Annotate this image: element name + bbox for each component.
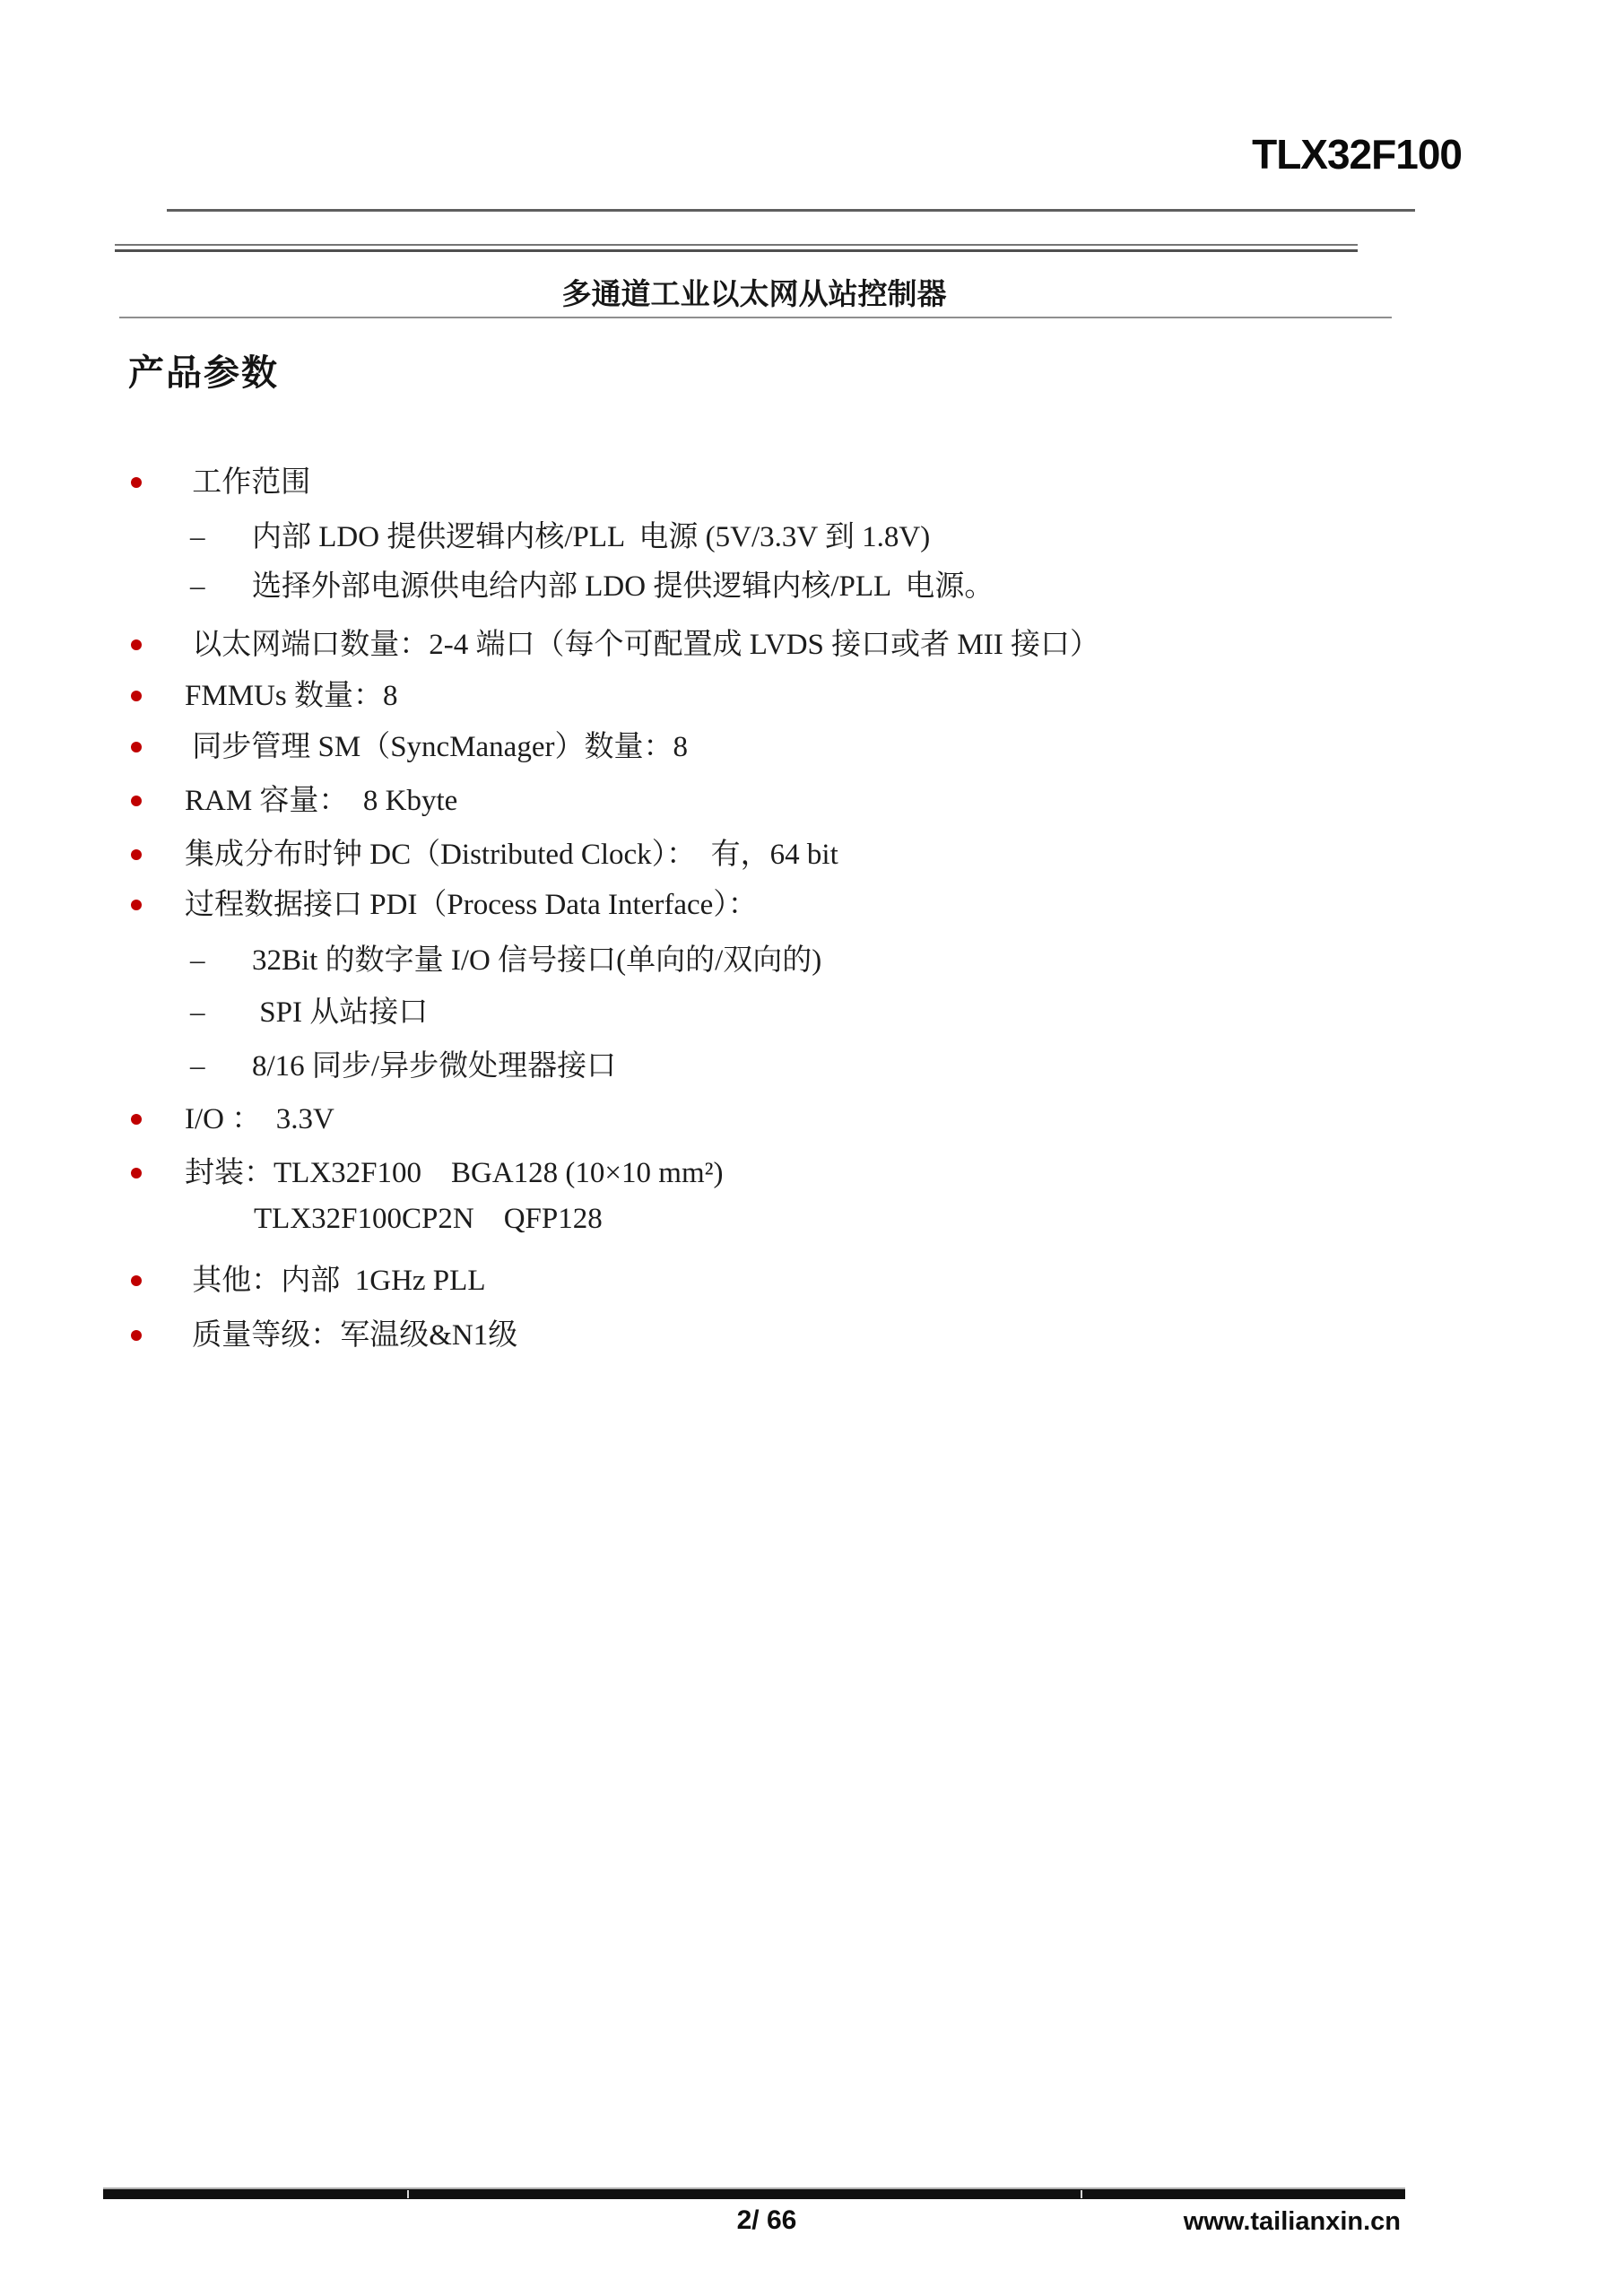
list-item: I/O ： 3.3V <box>0 1099 1624 1140</box>
list-subitem: –内部 LDO 提供逻辑内核/PLL 电源 (5V/3.3V 到 1.8V) <box>0 517 1624 558</box>
list-item-text: RAM 容量： 8 Kbyte <box>185 780 457 822</box>
bullet-icon <box>131 796 142 806</box>
list-subitem: –选择外部电源供电给内部 LDO 提供逻辑内核/PLL 电源。 <box>0 566 1624 607</box>
dash-icon: – <box>190 940 205 981</box>
list-item-text: 质量等级：军温级&N1级 <box>185 1315 517 1356</box>
list-subitem: – SPI 从站接口 <box>0 992 1624 1033</box>
list-item: RAM 容量： 8 Kbyte <box>0 780 1624 822</box>
list-item: 集成分布时钟 DC（Distributed Clock）： 有，64 bit <box>0 834 1624 875</box>
list-item-text: 以太网端口数量：2-4 端口（每个可配置成 LVDS 接口或者 MII 接口） <box>185 624 1099 665</box>
bullet-icon <box>131 691 142 701</box>
dash-icon: – <box>190 566 205 607</box>
bullet-icon <box>131 900 142 910</box>
list-subitem: –8/16 同步/异步微处理器接口 <box>0 1046 1624 1087</box>
page-header-product: TLX32F100 <box>1252 133 1462 176</box>
list-subitem: –32Bit 的数字量 I/O 信号接口(单向的/双向的) <box>0 940 1624 981</box>
list-item-text: 选择外部电源供电给内部 LDO 提供逻辑内核/PLL 电源。 <box>252 566 994 607</box>
document-page: TLX32F100 多通道工业以太网从站控制器 产品参数 工作范围 –内部 LD… <box>0 0 1624 2296</box>
list-item-text: 过程数据接口 PDI（Process Data Interface）： <box>185 884 758 926</box>
website-url: www.tailianxin.cn <box>1184 2205 1401 2239</box>
list-item: FMMUs 数量：8 <box>0 675 1624 717</box>
list-item-continuation: TLX32F100CP2N QFP128 <box>0 1198 1624 1239</box>
section-heading: 产品参数 <box>128 352 279 395</box>
list-item: 过程数据接口 PDI（Process Data Interface）： <box>0 884 1624 926</box>
bar-notch <box>407 2190 409 2198</box>
list-item-text: 内部 LDO 提供逻辑内核/PLL 电源 (5V/3.3V 到 1.8V) <box>252 517 930 558</box>
bullet-icon <box>131 742 142 752</box>
title-underline <box>119 317 1392 318</box>
list-item: 以太网端口数量：2-4 端口（每个可配置成 LVDS 接口或者 MII 接口） <box>0 624 1624 665</box>
bullet-icon <box>131 1114 142 1125</box>
header-rule <box>167 209 1415 212</box>
list-item-text: 封装：TLX32F100 BGA128 (10×10 mm²) <box>185 1152 724 1194</box>
list-item-text: 32Bit 的数字量 I/O 信号接口(单向的/双向的) <box>252 940 821 981</box>
list-item-text: 8/16 同步/异步微处理器接口 <box>252 1046 616 1087</box>
list-item-text: I/O ： 3.3V <box>185 1099 334 1140</box>
list-item: 其他：内部 1GHz PLL <box>0 1260 1624 1301</box>
bullet-icon <box>131 849 142 860</box>
list-item: 工作范围 <box>0 462 1624 503</box>
bullet-icon <box>131 639 142 650</box>
list-item: 封装：TLX32F100 BGA128 (10×10 mm²) <box>0 1152 1624 1194</box>
bullet-icon <box>131 1168 142 1178</box>
list-item: 同步管理 SM（SyncManager）数量：8 <box>0 726 1624 768</box>
list-item-text: SPI 从站接口 <box>252 992 428 1033</box>
bullet-icon <box>131 1275 142 1286</box>
list-item-text: 其他：内部 1GHz PLL <box>185 1260 485 1301</box>
bullet-icon <box>131 477 142 488</box>
dash-icon: – <box>190 992 205 1033</box>
list-item-text: TLX32F100CP2N QFP128 <box>254 1198 603 1239</box>
dash-icon: – <box>190 517 205 558</box>
list-item-text: 工作范围 <box>185 462 310 503</box>
list-item: 质量等级：军温级&N1级 <box>0 1315 1624 1356</box>
footer-bar <box>103 2187 1405 2199</box>
dash-icon: – <box>190 1046 205 1087</box>
doc-title: 多通道工业以太网从站控制器 <box>117 276 1392 312</box>
list-item-text: 集成分布时钟 DC（Distributed Clock）： 有，64 bit <box>185 834 838 875</box>
header-double-rule <box>115 244 1358 252</box>
list-item-text: 同步管理 SM（SyncManager）数量：8 <box>185 726 688 768</box>
list-item-text: FMMUs 数量：8 <box>185 675 397 717</box>
bullet-icon <box>131 1330 142 1341</box>
bar-notch <box>1081 2190 1082 2198</box>
